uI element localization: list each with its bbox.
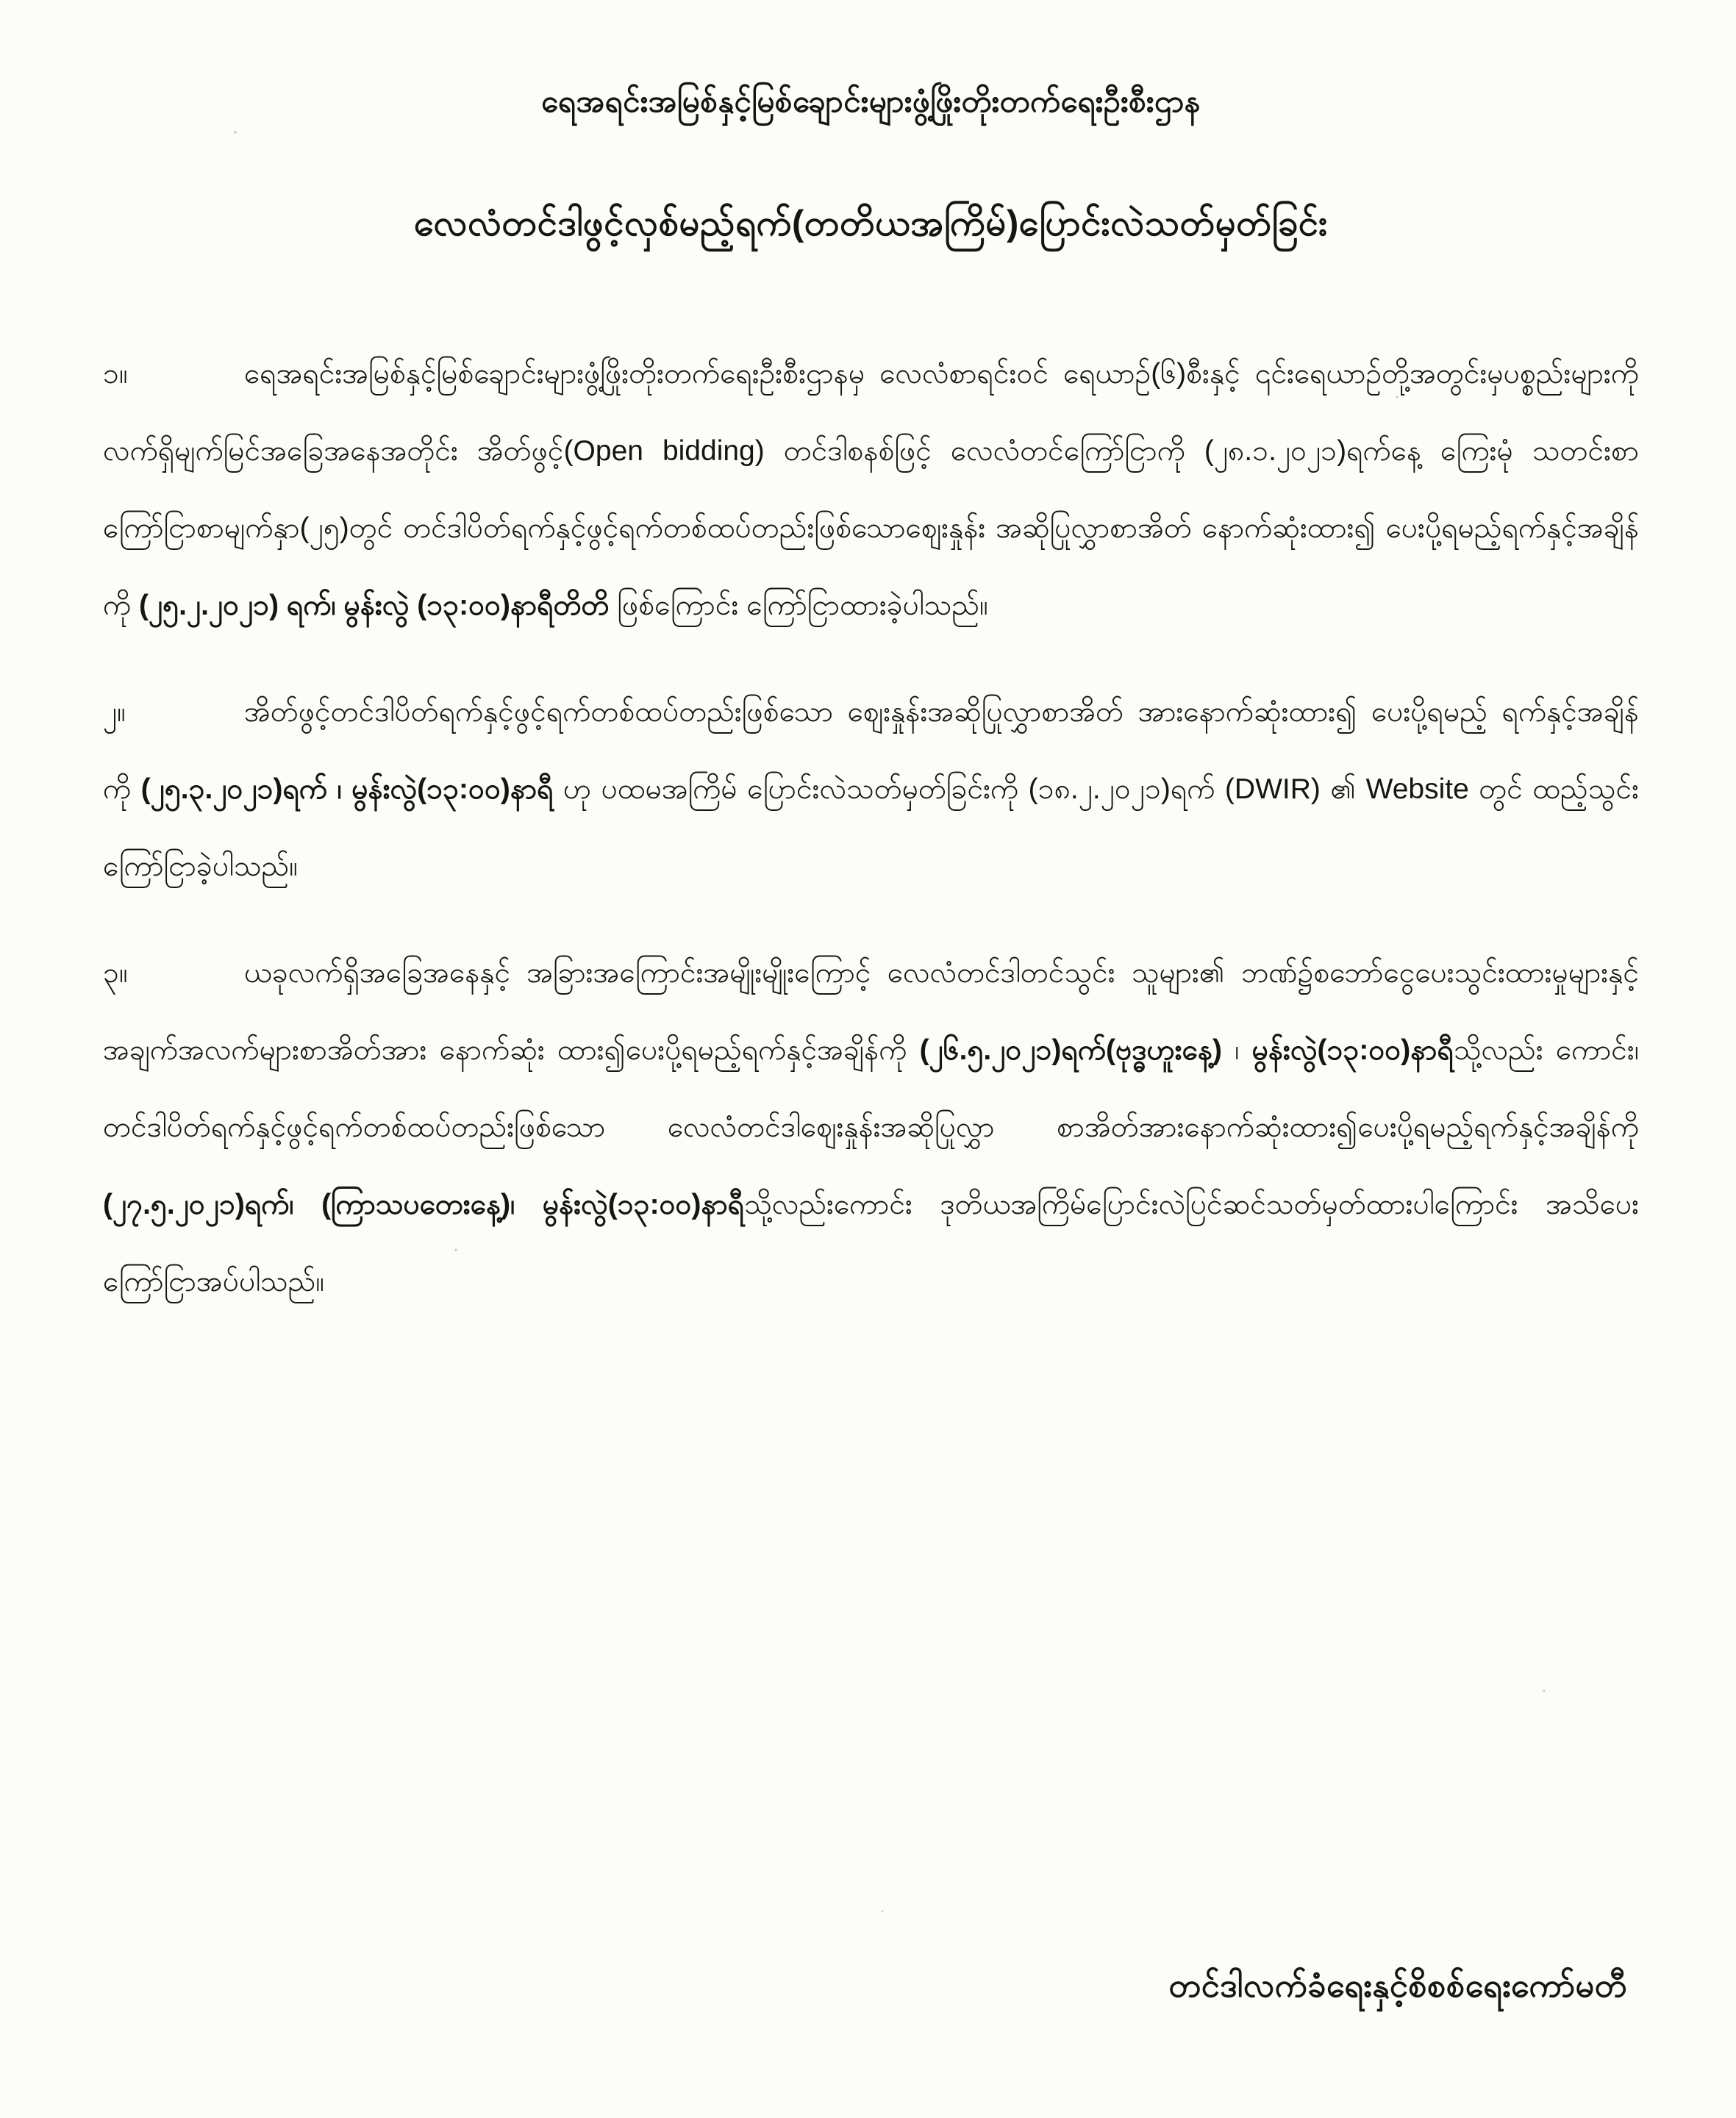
text-segment: (၂၅.၂.၂၀၂၁) ရက်၊ မွန်းလွဲ (၁၃:၀၀)နာရီတိတ… (139, 590, 610, 621)
paragraph-3: ၃။ယခုလက်ရှိအခြေအနေနှင့် အခြားအကြောင်းအမျ… (103, 934, 1639, 1320)
text-segment: (၂၆.၅.၂၀၂၁)ရက်(ဗုဒ္ဓဟူးနေ့) (920, 1034, 1222, 1066)
text-segment: မွန်းလွဲ(၁၃:၀၀)နာရီ (543, 1189, 744, 1220)
document-body: ၁။ရေအရင်းအမြစ်နှင့်မြစ်ချောင်းများဖွံ့ဖြ… (103, 335, 1639, 1320)
department-name: ရေအရင်းအမြစ်နှင့်မြစ်ချောင်းများဖွံ့ဖြို… (103, 79, 1639, 124)
paragraph-2: ၂။အိတ်ဖွင့်တင်ဒါပိတ်ရက်နှင့်ဖွင့်ရက်တစ်ထ… (103, 673, 1639, 905)
paragraph-number: ၃။ (103, 934, 244, 1012)
paragraph-1: ၁။ရေအရင်းအမြစ်နှင့်မြစ်ချောင်းများဖွံ့ဖြ… (103, 335, 1639, 644)
signature-committee: တင်ဒါလက်ခံရေးနှင့်စိစစ်ရေးကော်မတီ (1168, 1964, 1627, 2013)
text-segment: (၂၅.၃.၂၀၂၁)ရက် ၊ မွန်းလွဲ(၁၃:၀၀)နာရီ (141, 773, 554, 805)
text-segment: မွန်းလွဲ(၁၃:၀၀)နာရီ (1252, 1034, 1454, 1066)
text-segment: (၂၇.၅.၂၀၂၁)ရက်၊ (ကြာသပတေးနေ့)၊ (103, 1189, 543, 1220)
paragraph-number: ၁။ (103, 335, 244, 412)
scanned-document-page: ရေအရင်းအမြစ်နှင့်မြစ်ချောင်းများဖွံ့ဖြို… (0, 0, 1736, 2118)
text-segment: ရေအရင်းအမြစ်နှင့်မြစ်ချောင်းများဖွံ့ဖြို… (103, 358, 1639, 621)
document-title: လေလံတင်ဒါဖွင့်လှစ်မည့်ရက်(တတိယအကြိမ်)ပြေ… (103, 198, 1639, 248)
paragraph-number: ၂။ (103, 673, 244, 751)
text-segment: ၊ (1222, 1034, 1252, 1066)
text-segment: ဖြစ်ကြောင်း ကြော်ငြာထားခဲ့ပါသည်။ (610, 590, 988, 621)
